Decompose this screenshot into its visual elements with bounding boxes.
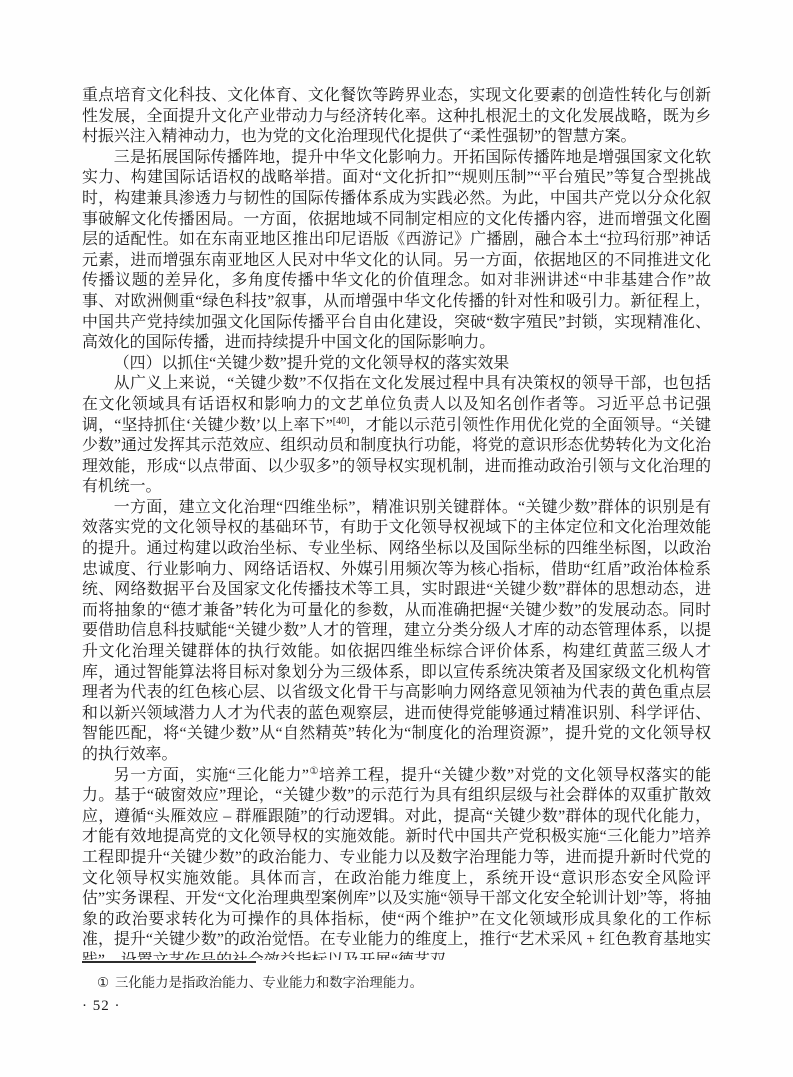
paragraph-three-capabilities: 另一方面，实施“三化能力”①培养工程，提升“关键少数”对党的文化领导权落实的能力… xyxy=(82,766,711,960)
footnote-ref-1: ① xyxy=(309,766,319,777)
footnote-marker: ① xyxy=(97,975,109,990)
footnote: ①三化能力是指政治能力、专业能力和数字治理能力。 xyxy=(82,974,711,992)
footnote-separator xyxy=(82,961,256,963)
document-page: 重点培育文化科技、文化体育、文化餐饮等跨界业态，实现文化要素的创造性转化与创新性… xyxy=(0,0,793,1077)
paragraph-key-minority-definition: 从广义上来说，“关键少数”不仅指在文化发展过程中具有决策权的领导干部，也包括在文… xyxy=(82,374,711,498)
footnote-text: 三化能力是指政治能力、专业能力和数字治理能力。 xyxy=(115,975,423,990)
article-body: 重点培育文化科技、文化体育、文化餐饮等跨界业态，实现文化要素的创造性转化与创新性… xyxy=(82,86,711,960)
paragraph-text: 培养工程，提升“关键少数”对党的文化领导权落实的能力。基于“破窗效应”理论，“关… xyxy=(82,767,711,960)
paragraph-four-dimension-coordinates: 一方面，建立文化治理“四维坐标”，精准识别关键群体。“关键少数”群体的识别是有效… xyxy=(82,498,711,766)
paragraph-text: 另一方面，实施“三化能力” xyxy=(114,767,309,784)
page-number: · 52 · xyxy=(82,997,121,1015)
paragraph-continued: 重点培育文化科技、文化体育、文化餐饮等跨界业态，实现文化要素的创造性转化与创新性… xyxy=(82,86,711,148)
citation-ref-40: [40] xyxy=(333,416,350,427)
section-heading: （四）以抓住“关键少数”提升党的文化领导权的落实效果 xyxy=(82,354,711,375)
paragraph-international-communication: 三是拓展国际传播阵地，提升中华文化影响力。开拓国际传播阵地是增强国家文化软实力、… xyxy=(82,148,711,354)
footnote-area: ①三化能力是指政治能力、专业能力和数字治理能力。 xyxy=(82,961,711,992)
